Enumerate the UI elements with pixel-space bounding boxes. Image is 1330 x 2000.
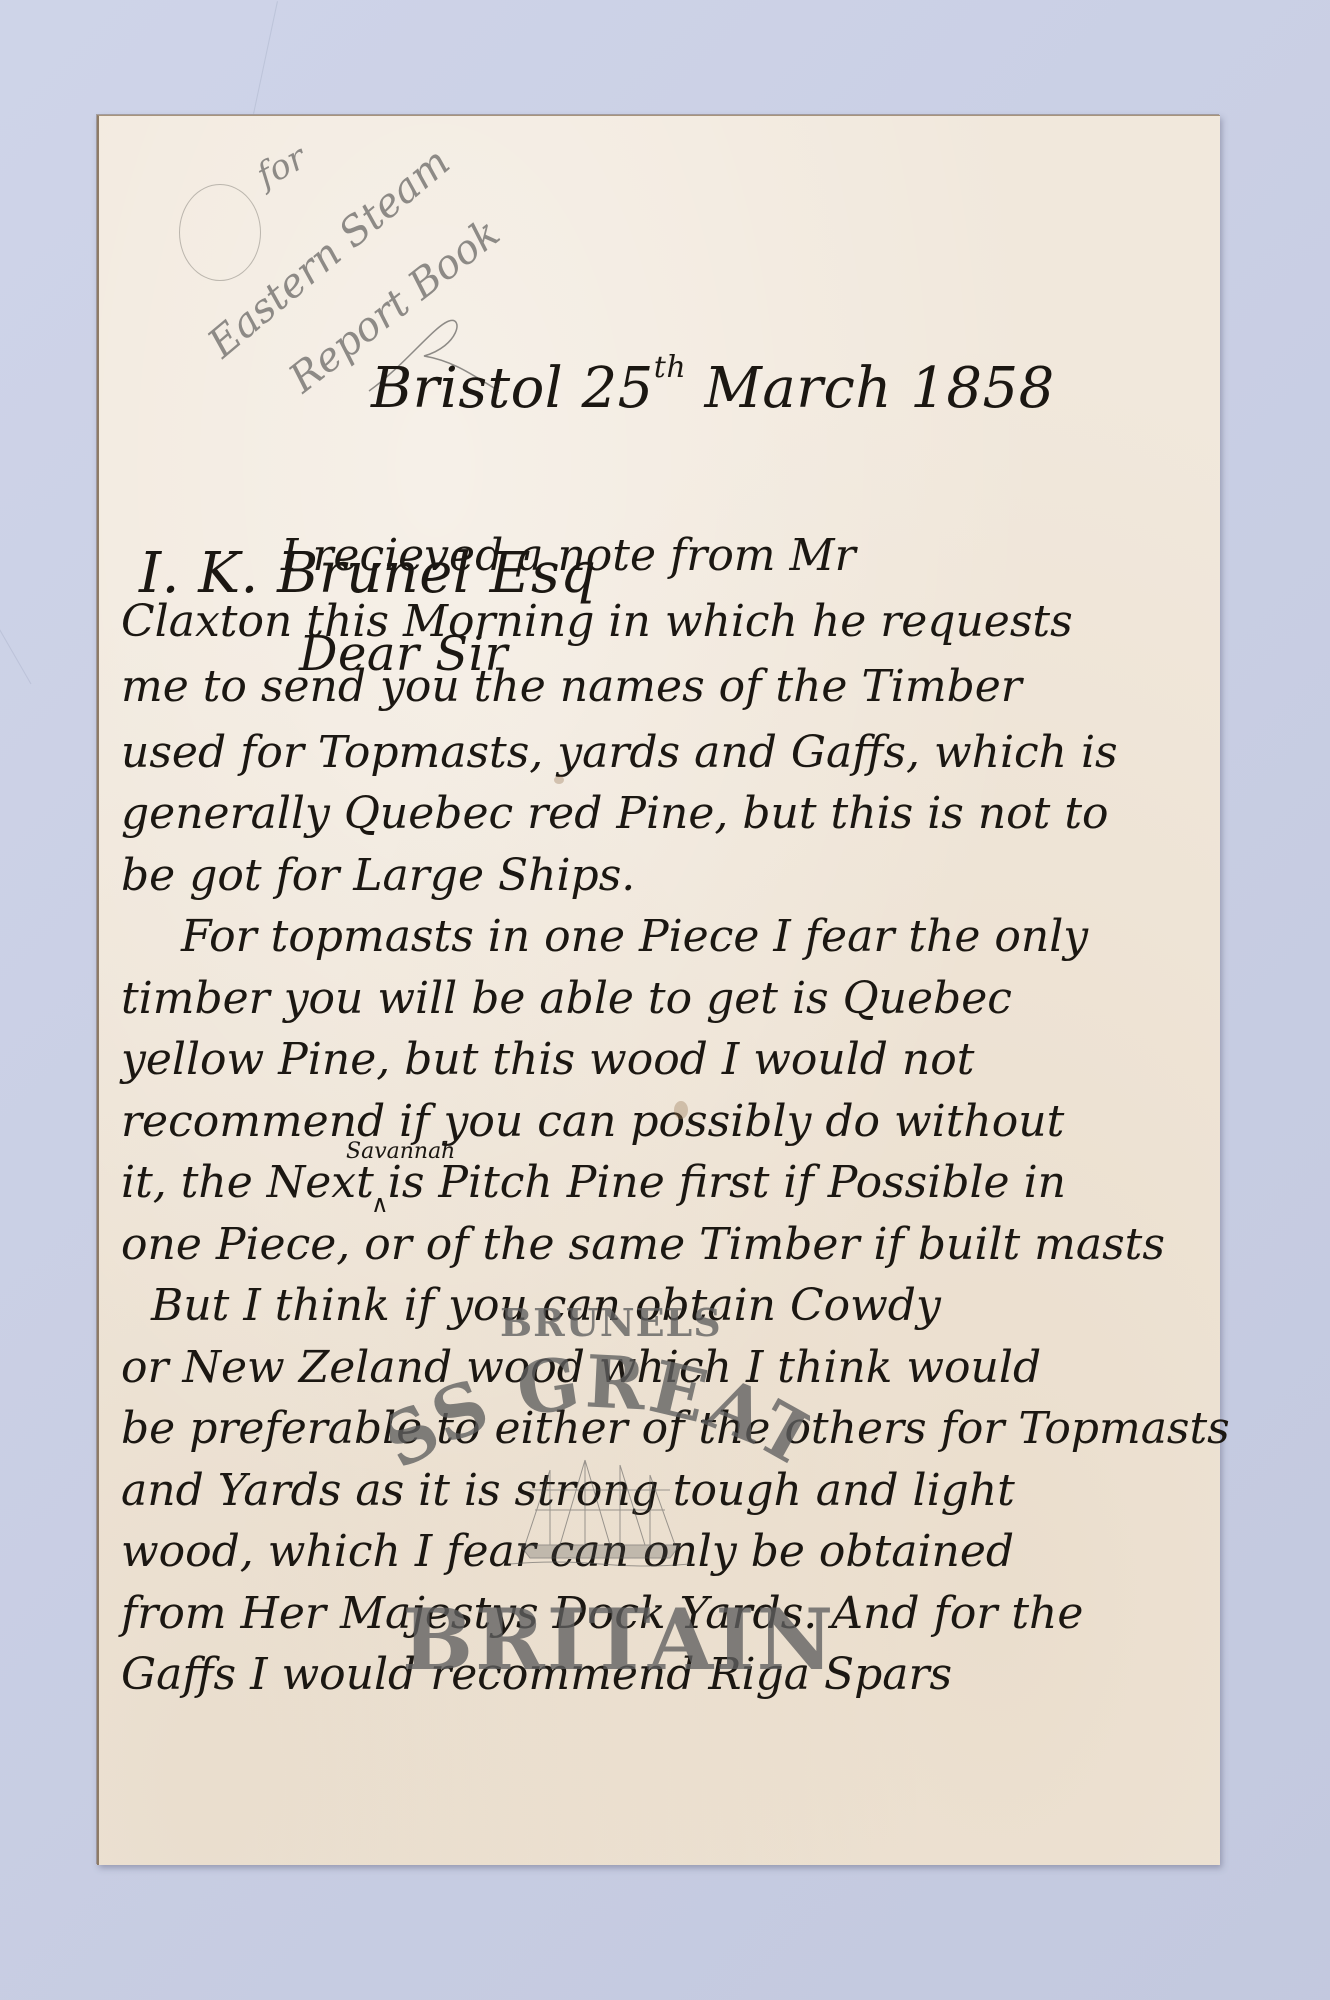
pencil-annotation-line-1: for — [250, 138, 312, 196]
body-line: be got for Large Ships. — [121, 850, 635, 901]
backdrop-scratch — [0, 606, 31, 684]
date-line: Bristol 25th March 1858 — [371, 356, 1055, 421]
body-line: or New Zeland wood which I think would — [121, 1342, 1041, 1393]
foxing-spot — [674, 1101, 688, 1119]
body-line: and Yards as it is strong tough and ligh… — [121, 1465, 1015, 1516]
body-line: For topmasts in one Piece I fear the onl… — [181, 911, 1088, 962]
body-line: it, the Next is Pitch Pine first if Poss… — [121, 1157, 1066, 1208]
body-line: be preferable to either of the others fo… — [121, 1403, 1230, 1454]
body-line: wood, which I fear can only be obtained — [121, 1526, 1014, 1577]
insertion-caret-icon: ∧ — [371, 1190, 389, 1218]
date-month-year: March 1858 — [704, 356, 1054, 421]
body-line: one Piece, or of the same Timber if buil… — [121, 1219, 1165, 1270]
body-line: timber you will be able to get is Quebec — [121, 973, 1012, 1024]
pencil-circle-mark — [179, 184, 261, 281]
body-line: I recieved a note from Mr — [281, 530, 856, 581]
date-day: 25 — [582, 356, 654, 421]
date-place: Bristol — [371, 356, 563, 421]
body-line: used for Topmasts, yards and Gaffs, whic… — [121, 727, 1118, 778]
letter-page: for Eastern Steam Report Book Bristol 25… — [97, 115, 1220, 1865]
body-line: me to send you the names of the Timber — [121, 661, 1022, 712]
foxing-spot — [554, 776, 564, 784]
body-line: recommend if you can possibly do without — [121, 1096, 1064, 1147]
body-line: yellow Pine, but this wood I would not — [121, 1034, 974, 1085]
body-line: But I think if you can obtain Cowdy — [151, 1280, 941, 1331]
body-line: from Her Majestys Dock Yards. And for th… — [121, 1588, 1083, 1639]
body-line: generally Quebec red Pine, but this is n… — [121, 788, 1109, 839]
date-day-suffix: th — [654, 350, 686, 385]
backdrop-scratch — [253, 1, 278, 114]
body-line: Gaffs I would recommend Riga Spars — [121, 1649, 952, 1700]
body-line: Claxton this Morning in which he request… — [121, 596, 1073, 647]
